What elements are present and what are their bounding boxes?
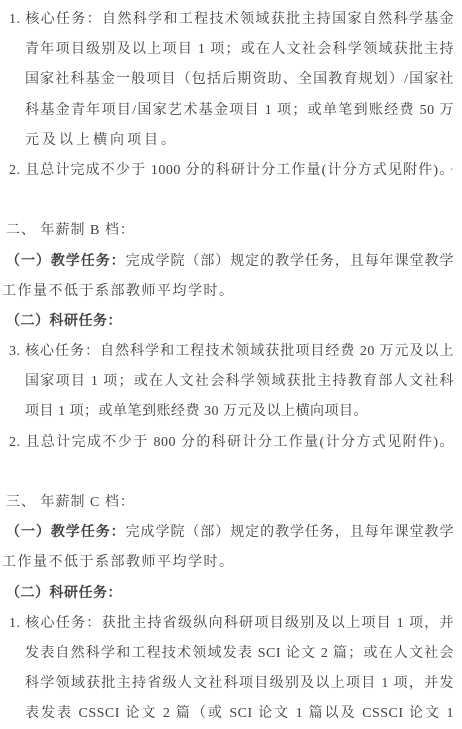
blank-line [0, 186, 462, 216]
list-item-line: 表发表 CSSCI 论文 2 篇（或 SCI 论文 1 篇以及 CSSCI 论文… [0, 699, 462, 729]
list-item-line: 3. 核心任务：自然科学和工程技术领域获批项目经费 20 万元及以上 [0, 337, 462, 367]
list-item-line: 国家社科基金一般项目（包括后期资助、全国教育规划）/国家社 [0, 65, 462, 95]
research-task-heading-text: （二）科研任务： [6, 314, 122, 329]
list-item-line: 青年项目级别及以上项目 1 项；或在人文社会科学领域获批主持 [0, 35, 462, 65]
teaching-task-text: 完成学院（部）规定的教学任务，且每年课堂教学 [126, 525, 454, 540]
list-item-line: 科基金青年项目/国家艺术基金项目 1 项；或单笔到账经费 50 万 [0, 96, 462, 126]
teaching-task-line: （一）教学任务：完成学院（部）规定的教学任务，且每年课堂教学 [0, 247, 462, 277]
teaching-task-heading: （一）教学任务： [6, 254, 126, 269]
teaching-task-text: 完成学院（部）规定的教学任务，且每年课堂教学 [126, 254, 454, 269]
section-c-heading: 三、 年薪制 C 档： [0, 488, 462, 518]
body-line: 工作量不低于系部教师平均学时。 [0, 277, 462, 307]
list-item-line: 2. 且总计完成不少于 800 分的科研计分工作量(计分方式见附件)。 [0, 428, 462, 458]
research-task-heading: （二）科研任务： [0, 579, 462, 609]
list-item-line: 1. 核心任务：获批主持省级纵向科研项目级别及以上项目 1 项，并 [0, 609, 462, 639]
list-item-line: 发表自然科学和工程技术领域发表 SCI 论文 2 篇；或在人文社会 [0, 639, 462, 669]
blank-line [0, 458, 462, 488]
document-page: 1. 核心任务：自然科学和工程技术领域获批主持国家自然科学基金 青年项目级别及以… [0, 0, 462, 729]
list-item-line: 元及以上横向项目。 [0, 126, 462, 156]
list-item-line: 项目 1 项；或单笔到账经费 30 万元及以上横向项目。 [0, 397, 462, 427]
list-item-line: 1. 核心任务：自然科学和工程技术领域获批主持国家自然科学基金 [0, 5, 462, 35]
list-item-line: 科学领域获批主持省级人文社科项目级别及以上项目 1 项，并发 [0, 669, 462, 699]
teaching-task-line: （一）教学任务：完成学院（部）规定的教学任务，且每年课堂教学 [0, 518, 462, 548]
list-item-text: 2. 且总计完成不少于 1000 分的科研计分工作量(计分方式见附件)。 [9, 163, 447, 178]
section-b-heading: 二、 年薪制 B 档： [0, 216, 462, 246]
research-task-heading: （二）科研任务： [0, 307, 462, 337]
teaching-task-heading: （一）教学任务： [6, 525, 126, 540]
research-task-heading-text: （二）科研任务： [6, 586, 122, 601]
body-line: 工作量不低于系部教师平均学时。 [0, 548, 462, 578]
list-item-line: 国家项目 1 项；或在人文社会科学领域获批主持教育部人文社科 [0, 367, 462, 397]
list-item-line: 2. 且总计完成不少于 1000 分的科研计分工作量(计分方式见附件)。· [0, 156, 462, 186]
paragraph-mark: · [447, 163, 454, 178]
